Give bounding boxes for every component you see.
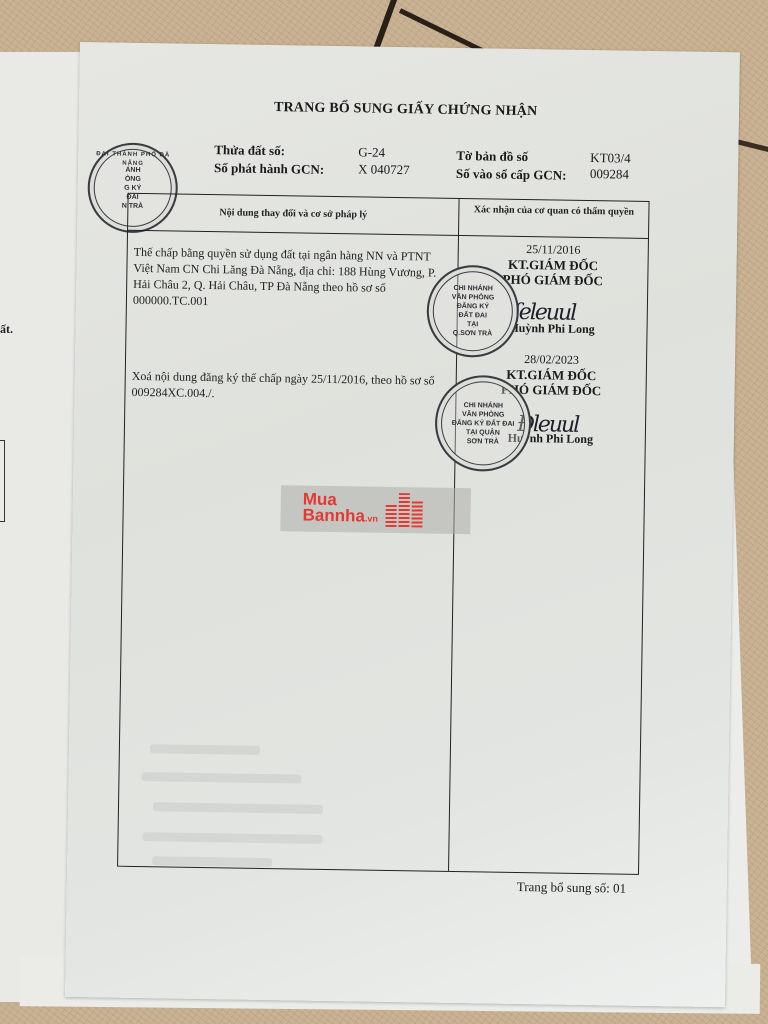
entry-1-content: Thế chấp bằng quyền sử dụng đất tại ngân… <box>133 244 452 313</box>
issue-no-value: X 040727 <box>358 161 410 178</box>
entry-2-content: Xoá nội dung đăng ký thế chấp ngày 25/11… <box>131 368 449 405</box>
watermark-logo-text: Mua Bannha.vn <box>302 492 378 527</box>
certificate-supplement-page: TRANG BỔ SUNG GIẤY CHỨNG NHẬN Thửa đất s… <box>65 42 740 1007</box>
bleed-through-text <box>142 832 322 844</box>
map-sheet-value: KT03/4 <box>590 150 631 167</box>
left-paper-text-fragment: ất. <box>0 322 13 337</box>
parcel-value: G-24 <box>358 144 385 160</box>
bleed-through-text <box>153 802 323 814</box>
changes-table: Nội dung thay đổi và cơ sở pháp lý Xác n… <box>117 193 650 875</box>
document-title: TRANG BỔ SUNG GIẤY CHỨNG NHẬN <box>274 100 538 120</box>
entry-2-official-stamp: CHI NHÁNH VĂN PHÒNG ĐĂNG KÝ ĐẤT ĐAI TẠI … <box>434 375 531 472</box>
issue-no-label: Số phát hành GCN: <box>214 160 324 178</box>
entry-1-signature: ʃeleuul <box>515 300 576 326</box>
parcel-label: Thửa đất số: <box>214 142 285 159</box>
page-number-footer: Trang bổ sung số: 01 <box>517 879 627 897</box>
register-no-value: 009284 <box>590 166 629 183</box>
building-icon <box>386 493 424 528</box>
bleed-through-text <box>150 744 260 755</box>
header-authority-confirmation: Xác nhận của cơ quan có thẩm quyền <box>459 203 648 219</box>
entry-1-official-stamp: CHI NHÁNH VĂN PHÒNG ĐĂNG KÝ ĐẤT ĐAI TẠI … <box>426 264 519 357</box>
register-no-label: Số vào sổ cấp GCN: <box>456 166 567 184</box>
header-changes-content: Nội dung thay đổi và cơ sở pháp lý <box>128 206 458 222</box>
bleed-through-text <box>141 772 301 784</box>
bleed-through-text <box>152 856 272 867</box>
left-paper-box-fragment <box>0 440 5 522</box>
map-sheet-label: Tờ bản đồ số <box>456 148 528 165</box>
muabannha-watermark: Mua Bannha.vn <box>280 485 471 534</box>
